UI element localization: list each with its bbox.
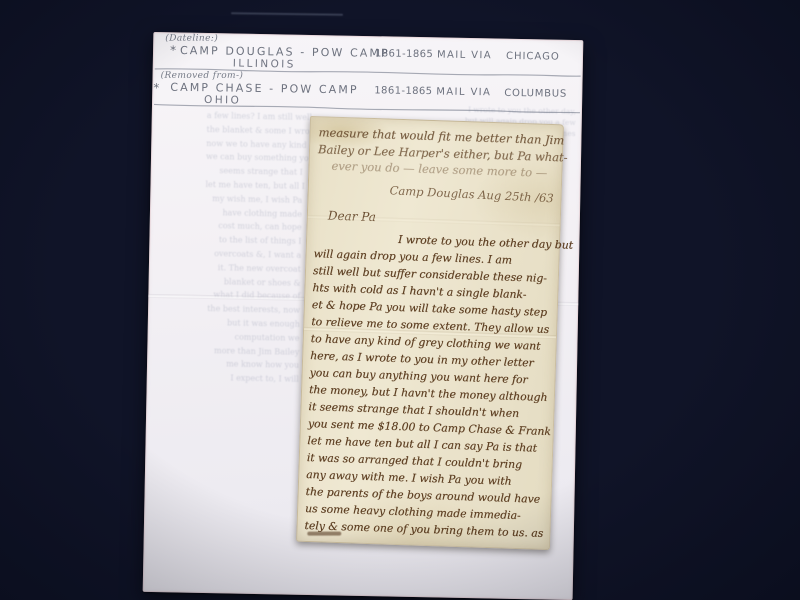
entry1-years: 1861-1865 [375,48,433,60]
entry2-mail-via: MAIL VIA [436,87,491,99]
entry1-bullet: * [170,43,176,57]
entry2-camp: CAMP CHASE - POW CAMP [170,81,358,97]
surface-scratch [231,12,343,16]
show-through-line: it. The new overcoat [204,261,301,277]
ink-smudge [307,532,341,536]
entry2-years: 1861-1865 [374,85,432,97]
show-through-line: I expect to, I will [202,371,299,387]
entry1-mail-via: MAIL VIA [437,50,492,62]
removed-note: (Removed from-) [161,71,244,81]
letter-salutation: Dear Pa [328,209,377,225]
show-through-line: my wish me, I wish Pa [205,192,302,208]
letter-body-text: I wrote to you the other day but will ag… [304,228,554,542]
show-through-text-column: a few lines? I am still well the blanket… [202,109,304,387]
entry2-city: COLUMBUS [504,88,567,100]
dateline-note: (Dateline:) [165,34,218,44]
show-through-line: more than Jim Bailey [202,343,299,359]
show-through-line: the blanket & some I wrote [206,123,303,139]
entry1-city: CHICAGO [506,51,560,63]
entry2-bullet: * [153,81,159,95]
letter-overflow-text: measure that would fit me better than Ji… [317,124,558,181]
show-through-line: the best interests, now [203,302,300,318]
photo-backdrop: (Dateline:) * CAMP DOUGLAS - POW CAMP 18… [0,0,800,600]
letter-dateline: Camp Douglas Aug 25th /63 [389,183,554,205]
handwritten-letter: measure that would fit me better than Ji… [296,116,564,550]
